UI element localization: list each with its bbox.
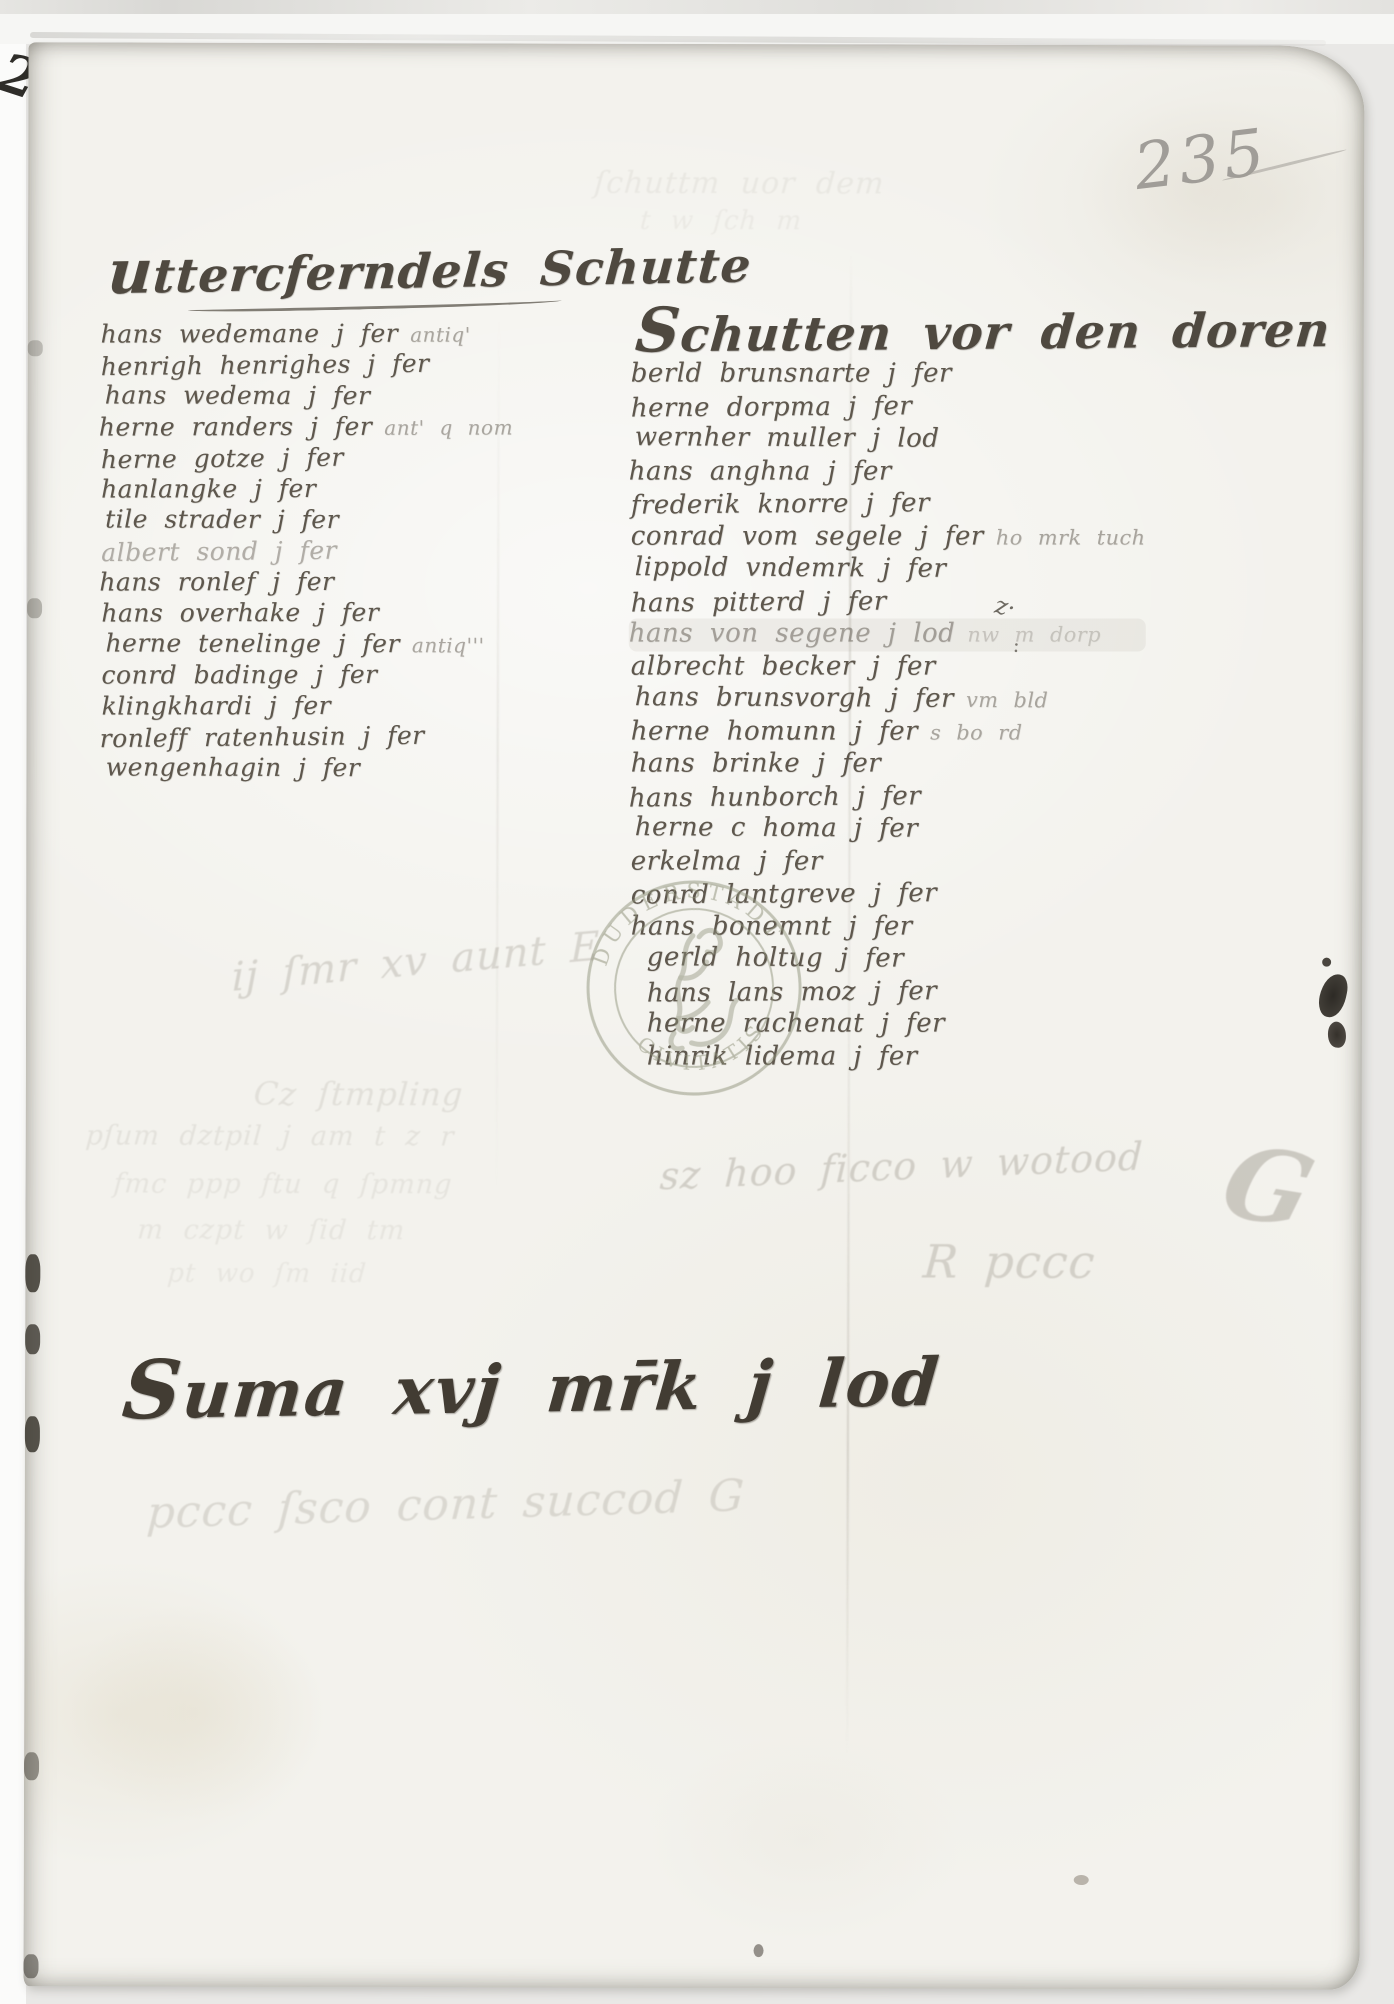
manuscript-entry: albert sond j fer — [101, 534, 513, 569]
ink-speck — [754, 1944, 764, 1957]
faint-note: m czpt w ſid tm — [136, 1215, 406, 1247]
binding-stitch-mark — [25, 1254, 40, 1292]
manuscript-entry: frederik knorre j fer — [631, 486, 1146, 523]
manuscript-entry: hanlangke j fer — [101, 473, 513, 505]
manuscript-entry: herne gotze j fer — [101, 441, 513, 476]
faint-note: pſum dztpil j am t z r — [85, 1120, 456, 1152]
faint-note: Cz ſtmpling — [252, 1075, 464, 1114]
manuscript-entry: albrecht becker j fer — [631, 651, 1146, 684]
manuscript-entry: tile strader j fer — [105, 504, 513, 536]
stamp-lion-emblem — [657, 928, 742, 1050]
manuscript-entry: conrad vom segele j ferho mrk tuch — [631, 521, 1146, 554]
scanned-manuscript: { "document": { "kind": "medieval manusc… — [0, 0, 1394, 2004]
manuscript-entry: klingkhardi j fer — [102, 690, 514, 722]
right-column-heading: Schutten vor den doren — [633, 290, 1334, 367]
left-column-entries: hans wedemane j ferantiq' henrigh henrig… — [101, 318, 514, 784]
ink-blot — [1322, 958, 1331, 967]
manuscript-entry: hans von segene j lodnw m dorp — [629, 619, 1146, 652]
manuscript-page: 235 ſchuttm uor dem t w ſch m uttercfern… — [23, 42, 1364, 1989]
manuscript-entry: hans hunborch j fer — [629, 779, 1146, 816]
svg-text:CIVITATIS: CIVITATIS — [630, 1015, 774, 1084]
faint-note: sz hoo ficco w wotood — [659, 1135, 1145, 1199]
paper-speck — [1074, 1875, 1089, 1885]
ink-blot — [1316, 971, 1351, 1019]
manuscript-entry: hans wedemane j ferantiq' — [101, 318, 513, 350]
manuscript-entry: lippold vndemrk j fer — [635, 552, 1146, 587]
faint-note: ij ſmr xv aunt E — [232, 924, 601, 1001]
manuscript-entry: ronleff ratenhusin j fer — [100, 720, 514, 755]
faint-note: pt wo ſm iid — [166, 1259, 368, 1290]
manuscript-entry: wernher muller j lod — [635, 422, 1146, 457]
manuscript-entry: hans brinke j fer — [631, 749, 1146, 782]
binding-stitch-mark — [25, 1416, 40, 1452]
paper-stain — [64, 1602, 325, 1823]
archive-stamp: DUDERSTADT CIVITATIS — [557, 850, 832, 1125]
binding-stitch-mark — [28, 340, 43, 356]
manuscript-entry: herne homunn j fers bo rd — [631, 716, 1146, 749]
ink-blot — [1328, 1022, 1346, 1048]
manuscript-entry: wengenhagin j fer — [106, 752, 514, 784]
manuscript-entry: herne dorpma j fer — [631, 389, 1146, 426]
manuscript-entry: hans pitterd j fer — [631, 584, 1146, 621]
top-page-edge — [0, 0, 1394, 14]
faint-paraph-flourish: G — [1211, 1122, 1327, 1250]
binding-stitch-mark — [27, 598, 42, 618]
manuscript-entry: hans anghna j fer — [629, 456, 1146, 489]
manuscript-entry: berld brunsnarte j fer — [631, 359, 1146, 392]
manuscript-entry: herne tenelinge j ferantiq''' — [105, 628, 513, 660]
summa-line: Suma xvj mr̄k j lod — [119, 1329, 945, 1438]
manuscript-entry: hans wedema j fer — [105, 380, 513, 412]
faint-note: pccc ſsco cont succod G — [145, 1471, 746, 1539]
manuscript-entry: herne c homa j fer — [635, 812, 1146, 847]
manuscript-entry: hans ronlef j fer — [99, 566, 513, 598]
scanner-strip-left — [0, 0, 26, 2004]
manuscript-entry: conrd badinge j fer — [101, 659, 513, 691]
manuscript-entry: henrigh henrighes j fer — [101, 348, 513, 383]
binding-stitch-mark — [25, 1324, 40, 1354]
stamp-ring-bottom-text: CIVITATIS — [630, 1015, 774, 1084]
manuscript-entry: herne randers j ferant' q nom — [99, 411, 513, 443]
faint-note: fmc ppp ftu q ſpmng — [112, 1168, 453, 1200]
manuscript-entry: hans overhake j fer — [101, 597, 513, 629]
binding-stitch-mark — [23, 1954, 38, 1978]
manuscript-entry: hans brunsvorgh j fervm bld — [635, 682, 1146, 717]
paper-stain — [644, 1734, 965, 1945]
binding-stitch-mark — [24, 1752, 39, 1780]
faint-note: R pccc — [921, 1235, 1097, 1289]
bleedthrough-line: ſchuttm uor dem — [593, 166, 886, 202]
